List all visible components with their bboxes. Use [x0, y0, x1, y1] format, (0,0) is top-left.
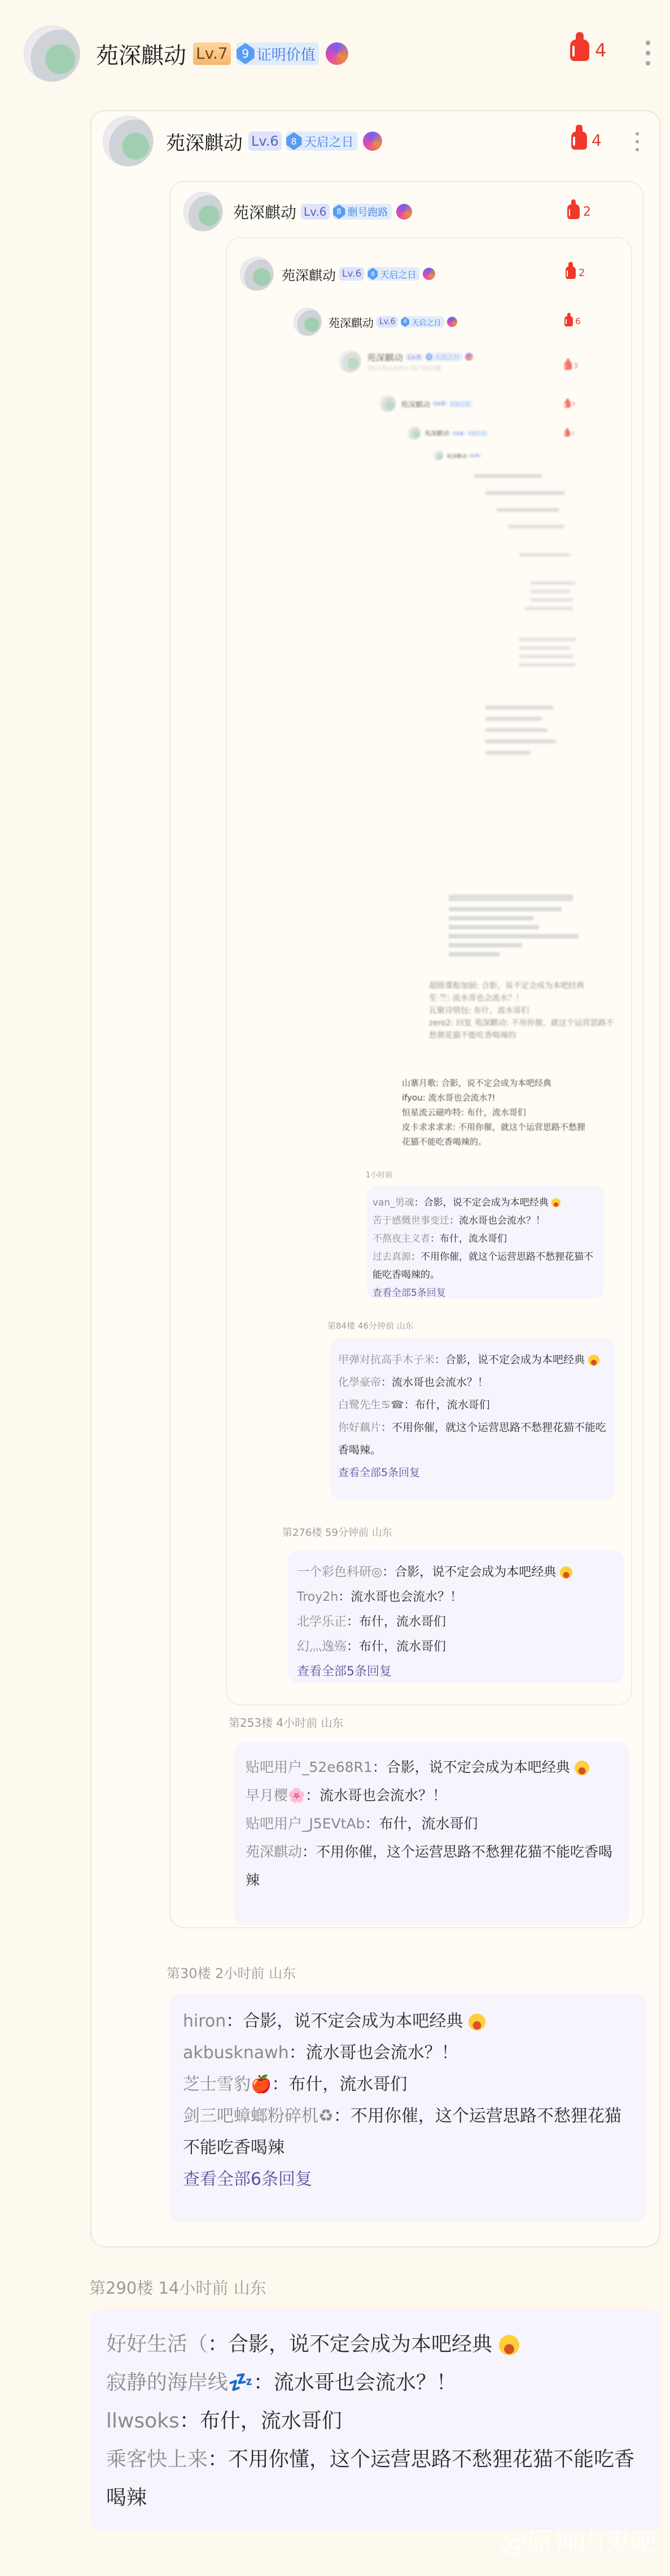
reply-box: 贴吧用户_52e68R1：合影，说不定会成为本吧经典 早月樱🌸：流水哥也会流水？… — [234, 1742, 629, 1926]
reply-item[interactable]: 北学乐正：布什，流水哥们 — [297, 1610, 615, 1635]
medal-icon — [363, 132, 382, 151]
view-all-replies-link[interactable]: 查看全部5条回复 — [373, 1284, 598, 1302]
reply-item[interactable]: 幻灬逸殇：布什，流水哥们 — [297, 1635, 615, 1660]
avatar[interactable] — [433, 451, 444, 461]
title-badge: 9 证明价值 — [237, 42, 319, 65]
more-menu-button[interactable] — [646, 41, 650, 66]
comment-header-6: 苑深麒动 Lv.6 天启之日 — [379, 395, 473, 412]
reply-item[interactable]: 贴吧用户_52e68R1：合影，说不定会成为本吧经典 — [246, 1753, 618, 1782]
like-button[interactable]: 4 — [564, 401, 575, 408]
floor-blurred-a — [449, 892, 595, 961]
like-button[interactable]: 4 — [570, 40, 606, 61]
level-badge: Lv.6 — [468, 453, 481, 458]
view-all-replies-link[interactable]: 查看全部6条回复 — [183, 2164, 633, 2195]
level-badge: Lv.6 — [376, 316, 398, 328]
medal-icon — [326, 42, 348, 65]
gem-icon: 9 — [237, 43, 255, 64]
reply-box: 甲弹对抗高手木子米：合影，说不定会成为本吧经典 化學豪帝：流水哥也会流水？！ 白… — [330, 1338, 615, 1499]
level-badge: Lv.6 — [248, 132, 282, 151]
like-button[interactable]: 3 — [564, 361, 578, 370]
level-badge: Lv.6 — [301, 204, 330, 220]
view-all-replies-link[interactable]: 查看全部5条回复 — [338, 1461, 607, 1484]
like-button[interactable]: 6 — [564, 316, 581, 326]
comment-header-8: 苑深麒动 Lv.6 — [433, 451, 481, 461]
title-badge: 8 天启之日 — [401, 316, 444, 328]
thumbs-up-icon — [564, 361, 572, 370]
medal-icon — [423, 268, 435, 280]
reply-box: hiron：合影，说不定会成为本吧经典 akbusknawh：流水哥也会流水？！… — [169, 1993, 646, 2222]
gem-icon: 8 — [401, 317, 409, 327]
laugh-emoji-icon — [499, 2335, 519, 2355]
username[interactable]: 苑深麒动 — [282, 264, 336, 284]
title-badge: 8 天启之日 — [426, 352, 463, 361]
gem-icon: 8 — [333, 204, 345, 219]
reply-item[interactable]: 白鹭先生♋☎：布什，流水哥们 — [338, 1394, 607, 1416]
reply-item[interactable]: 不熬夜主义者：布什，流水哥们 — [373, 1230, 598, 1248]
floor-meta: 1小时前 — [366, 1169, 392, 1180]
avatar[interactable] — [183, 192, 223, 232]
reply-item[interactable]: van_男魂：合影，说不定会成为本吧经典 — [373, 1194, 598, 1212]
avatar[interactable] — [24, 25, 80, 82]
user-subtitle: TA回答过400+用户的问题 — [367, 364, 473, 373]
username[interactable]: 苑深麒动 — [329, 314, 374, 330]
thumbs-up-icon — [571, 132, 587, 150]
gem-icon: 8 — [286, 132, 302, 150]
reply-item[interactable]: 一个彩色科研◎：合影，说不定会成为本吧经典 — [297, 1560, 615, 1585]
floor-meta: 第253楼 4小时前 山东 — [229, 1714, 344, 1730]
title-badge: 8 天启之日 — [367, 267, 419, 281]
reply-item[interactable]: 过去真源：不用你催，就这个运营思路不愁狸花猫不能吃香喝辣的。 — [373, 1248, 598, 1284]
level-badge: Lv.6 — [451, 431, 466, 436]
thumbs-up-icon — [570, 40, 589, 61]
level-badge: Lv.6 — [405, 353, 423, 361]
laugh-emoji-icon — [560, 1566, 572, 1579]
like-button[interactable]: 4 — [571, 131, 602, 150]
reply-item[interactable]: 化學豪帝：流水哥也会流水？！ — [338, 1371, 607, 1394]
medal-icon — [447, 317, 457, 327]
thumbs-up-icon — [564, 316, 573, 326]
avatar[interactable] — [408, 426, 421, 440]
reply-box: van_男魂：合影，说不定会成为本吧经典 苦于感慨世事变迁：流水哥也会流水？！ … — [367, 1186, 604, 1299]
like-button[interactable]: 3 — [564, 430, 574, 436]
reply-item[interactable]: 你好藕片：不用你催，就这个运营思路不愁狸花猫不能吃香喝辣。 — [338, 1416, 607, 1461]
floor-meta: 第30楼 2小时前 山东 — [167, 1962, 296, 1982]
reply-item[interactable]: akbusknawh：流水哥也会流水？！ — [183, 2037, 633, 2069]
reply-item[interactable]: 贴吧用户_J5EVtAb：布什，流水哥们 — [246, 1810, 618, 1838]
comment-header-1: 苑深麒动 Lv.6 8 天启之日 — [103, 116, 382, 167]
floor-blurred-c: 山寨月歌: 合影，说不定会成为本吧经典 ifyou: 流水哥也会流水?! 恒星流… — [402, 1076, 588, 1149]
avatar[interactable] — [240, 257, 274, 291]
username[interactable]: 苑深麒动 — [166, 128, 243, 155]
floor-blurred-b: 超级谍船加厨: 合影，说不定会成为本吧经典 笙·竺: 流水哥也会流水？！ 瓦聚诗… — [429, 980, 615, 1042]
reply-item[interactable]: hiron：合影，说不定会成为本吧经典 — [183, 2006, 633, 2037]
reply-item[interactable]: 剑三吧蟑螂粉碎机♻：不用你催，这个运营思路不愁狸花猫不能吃香喝辣 — [183, 2101, 633, 2164]
thumbs-up-icon — [564, 401, 571, 408]
reply-item[interactable]: 芝士雪豹🍎：布什，流水哥们 — [183, 2069, 633, 2101]
username[interactable]: 苑深麒动 — [367, 351, 403, 364]
medal-icon — [465, 353, 473, 361]
level-badge: Lv.7 — [193, 42, 231, 65]
reply-item[interactable]: 苦于感慨世事变迁：流水哥也会流水？！ — [373, 1212, 598, 1230]
reply-item[interactable]: 乘客快上来：不用你懂，这个运营思路不愁狸花猫不能吃香喝辣 — [106, 2440, 645, 2517]
level-badge: Lv.6 — [432, 401, 448, 407]
gem-icon: 8 — [367, 268, 378, 280]
laugh-emoji-icon — [551, 1198, 560, 1207]
more-menu-button[interactable] — [636, 132, 639, 151]
title-badge: 8 删号跑路 — [333, 204, 392, 220]
floor-meta: 第84楼 46分钟前 山东 — [327, 1320, 414, 1331]
comment-header-2: 苑深麒动 Lv.6 8 删号跑路 — [183, 192, 412, 232]
like-button[interactable]: 2 — [566, 267, 585, 279]
avatar[interactable] — [294, 308, 322, 336]
reply-item[interactable]: 苑深麒动：不用你催，这个运营思路不愁狸花猫不能吃香喝辣 — [246, 1838, 618, 1894]
reply-item[interactable]: 甲弹对抗高手木子米：合影，说不定会成为本吧经典 — [338, 1348, 607, 1371]
username[interactable]: 苑深麒动 — [401, 399, 430, 409]
view-all-replies-link[interactable]: 查看全部5条回复 — [297, 1660, 615, 1684]
title-badge: 天启之日 — [449, 400, 473, 408]
reply-box: 好好生活（：合影，说不定会成为本吧经典 寂静的海岸线💤：流水哥也会流水？！ ll… — [90, 2309, 660, 2530]
laugh-emoji-icon — [588, 1355, 599, 1366]
reply-item[interactable]: llwsoks：布什，流水哥们 — [106, 2402, 645, 2440]
thumbs-up-icon — [566, 267, 576, 279]
floor-meta: 第290楼 14小时前 山东 — [89, 2276, 266, 2299]
title-badge: 天启之日 — [467, 430, 489, 436]
username[interactable]: 苑深麒动 — [233, 200, 296, 223]
comment-header-7: 苑深麒动 Lv.6 天启之日 — [408, 426, 489, 440]
comment-header-5: 苑深麒动 Lv.6 8 天启之日 TA回答过400+用户的问题 — [339, 350, 473, 373]
reply-item[interactable]: 好好生活（：合影，说不定会成为本吧经典 — [106, 2325, 645, 2364]
reply-box: 一个彩色科研◎：合影，说不定会成为本吧经典 Troy2h：流水哥也会流水？！ 北… — [288, 1550, 624, 1683]
laugh-emoji-icon — [468, 2014, 485, 2031]
level-badge: Lv.6 — [339, 267, 364, 281]
comment-header-3: 苑深麒动 Lv.6 8 天启之日 — [240, 257, 435, 291]
like-button[interactable]: 2 — [567, 204, 591, 219]
avatar[interactable] — [379, 395, 396, 412]
username[interactable]: 苑深麒动 — [446, 452, 467, 460]
username[interactable]: 苑深麒动 — [96, 38, 186, 70]
thumbs-up-icon — [567, 204, 580, 219]
reply-item[interactable]: 寂静的海岸线💤：流水哥也会流水？！ — [106, 2364, 645, 2402]
reply-item[interactable]: 早月樱🌸：流水哥也会流水？！ — [246, 1782, 618, 1810]
comment-header-4: 苑深麒动 Lv.6 8 天启之日 — [294, 308, 457, 336]
comment-header-0: 苑深麒动 Lv.7 9 证明价值 — [24, 25, 348, 82]
recursive-thread-tiny — [463, 469, 587, 785]
medal-icon — [396, 204, 412, 220]
avatar[interactable] — [339, 350, 361, 373]
watermark: @原神内鬼吧 — [501, 2522, 656, 2559]
reply-item[interactable]: Troy2h：流水哥也会流水？！ — [297, 1585, 615, 1610]
thumbs-up-icon — [564, 430, 570, 436]
laugh-emoji-icon — [575, 1761, 589, 1775]
avatar[interactable] — [103, 116, 154, 167]
gem-icon: 8 — [426, 353, 432, 361]
floor-meta: 第276楼 59分钟前 山东 — [282, 1525, 392, 1539]
username[interactable]: 苑深麒动 — [424, 429, 449, 438]
title-badge: 8 天启之日 — [286, 132, 357, 151]
